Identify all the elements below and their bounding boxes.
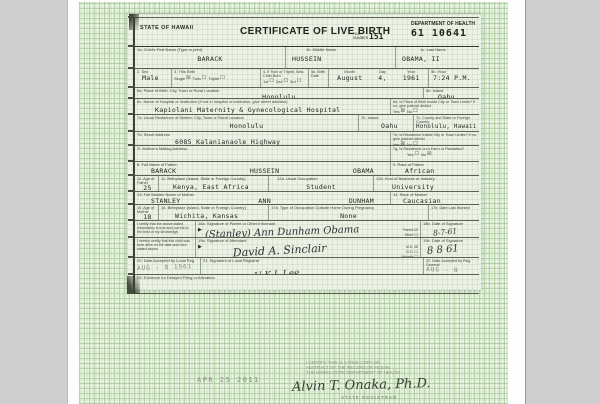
row-parent-signature: I certify that the above stated informat… (135, 220, 479, 237)
field-5a-birth-date-label: 5a. Birth Date (308, 69, 328, 87)
reg-general-date-stamp: AUG - 8 1961 (426, 266, 479, 274)
signature-arrow-icon: ▶ (198, 227, 202, 237)
row-mailing-address: 7f. Mother's Mailing Address 7g. Is Resi… (135, 145, 479, 161)
field-5b-hour: 5b. Hour 7:24 P.M. (428, 69, 479, 87)
field-16-mother-birthplace: 16. Birthplace (Island, State or Foreign… (158, 205, 268, 220)
row-place-of-birth: 6a. Place of Birth: City, Town or Rural … (135, 87, 479, 98)
department-name: DEPARTMENT OF HEALTH (411, 21, 475, 27)
file-number: FILE NUMBER 151 (353, 32, 383, 41)
certificate-form: STATE OF HAWAII CERTIFICATE OF LIVE BIRT… (133, 17, 479, 294)
field-1b-middle-name: 1b. Middle Name HUSSEIN (285, 47, 395, 68)
form-header: STATE OF HAWAII CERTIFICATE OF LIVE BIRT… (135, 18, 479, 46)
field-12b-business: 12b. Kind of Business or Industry Univer… (373, 176, 479, 191)
certificate-number: 61 10641 (411, 28, 467, 39)
row-father: 8. Full Name of Father BARACK HUSSEIN OB… (135, 161, 479, 175)
birth-year: Year 1961 (394, 69, 428, 87)
date-received-stamp: APR 25 2011 (197, 376, 260, 384)
informant-type-checkboxes: Parent☑ Other☐ (403, 227, 418, 237)
field-2-sex: 2. Sex Male (135, 69, 171, 87)
field-7f-mailing-address: 7f. Mother's Mailing Address (135, 146, 390, 161)
field-12a-occupation: 12a. Usual Occupation Student (268, 176, 373, 191)
checkbox-triplet: ☐ (220, 76, 224, 81)
field-22-reg-general-date: 22. Date Accepted by Reg. General AUG - … (423, 258, 479, 274)
attendant-type-checkboxes: M.D.☒ D.O.☐ Midwife☐ Other☐ (402, 244, 418, 257)
row-hospital: 6c. Name of Hospital or Institution (If … (135, 98, 479, 114)
field-7a-residence: 7a. Usual Residence of Mother: City, Tow… (135, 115, 358, 131)
field-14-mother-race: 14. Race of Mother Caucasian (390, 192, 479, 204)
checkbox-1st: ☐ (269, 79, 273, 84)
checkbox-3rd: ☐ (297, 79, 301, 84)
checkbox-md: ☒ (414, 244, 418, 249)
row-street-address: 7d. Street Address 6085 Kalanianaole Hig… (135, 131, 479, 145)
row-mother: 13. Full Maiden Name of Mother STANLEY A… (135, 191, 479, 204)
row-attendant-signature: I hereby certify that this child was bor… (135, 237, 479, 257)
field-5a-birth-date: Month August Day 4, Year 1961 (328, 69, 428, 87)
field-11-father-birthplace: 11. Birthplace (Island, State or Foreign… (158, 176, 268, 191)
checkbox-parent: ☑ (414, 227, 418, 232)
field-7g-farm: 7g. Is Residence on a Farm or Plantation… (390, 146, 479, 161)
row-mother-details: 15. Age of Mother 18 16. Birthplace (Isl… (135, 204, 479, 220)
row-father-details: 10. Age of Father 25 11. Birthplace (Isl… (135, 175, 479, 191)
field-7b-island: 7b. Island Oahu (358, 115, 413, 131)
field-7c-county: 7c. County and State or Foreign Country … (413, 115, 479, 131)
field-21-local-registrar-signature: 21. Signature of Local Registrar ▶ U K L… (200, 258, 423, 274)
field-6b-island: 6b. Island Oahu (423, 88, 479, 98)
field-9-father-race: 9. Race of Father African (390, 162, 479, 175)
parent-certify-statement: I certify that the above stated informat… (135, 221, 195, 237)
checkbox-single: ☒ (186, 76, 190, 81)
birth-day: Day 4, (371, 69, 395, 87)
checkbox-do: ☐ (414, 249, 418, 254)
field-1c-last-name: 1c. Last Name OBAMA, II (395, 47, 479, 68)
certificate-scan: STATE OF HAWAII CERTIFICATE OF LIVE BIRT… (127, 14, 481, 290)
birth-month: Month August (329, 69, 371, 87)
signature-arrow-icon: ▶ (198, 244, 202, 257)
file-number-value: 151 (369, 32, 383, 41)
field-20-local-reg-date: 20. Date Accepted by Local Reg. AUG - 8 … (135, 258, 200, 274)
state-registrar-title: STATE REGISTRAR (341, 395, 397, 400)
field-18b-date: 18b. Date of Signature 8-7-61 (420, 221, 479, 237)
field-10-father-age: 10. Age of Father 25 (135, 176, 158, 191)
birth-certificate-screenshot: STATE OF HAWAII CERTIFICATE OF LIVE BIRT… (0, 0, 600, 404)
field-4-twin-order: 4. If Twin or Triplet, Was Child Born 1s… (260, 69, 308, 87)
checkbox-7g-no: ☒ (427, 152, 431, 157)
field-13-mother-name: 13. Full Maiden Name of Mother STANLEY A… (135, 192, 390, 204)
field-7d-street-address: 7d. Street Address 6085 Kalanianaole Hig… (135, 132, 390, 145)
row-child-name: 1a. Child's First Name (Type or print) B… (135, 46, 479, 68)
checkbox-2nd: ☐ (284, 79, 288, 84)
field-19a-attendant-signature: 19a. Signature of Attendant ▶ David A. S… (195, 238, 420, 257)
attendant-signature-date: 8 8 61 (423, 241, 478, 257)
field-19b-date: 19b. Date of Signature 8 8 61 (420, 238, 479, 257)
field-18a-parent-signature: 18a. Signature of Parent or Other Inform… (195, 221, 420, 237)
field-6d-city-limits: 6d. Is Place of Birth Inside City or Tow… (390, 99, 479, 114)
field-1a-first-name: 1a. Child's First Name (Type or print) B… (135, 47, 285, 68)
row-residence: 7a. Usual Residence of Mother: City, Tow… (135, 114, 479, 131)
row-evidence: 23. Evidence for Delayed Filing or Alter… (135, 274, 479, 293)
field-6c-hospital: 6c. Name of Hospital or Institution (If … (135, 99, 390, 114)
field-23-evidence: 23. Evidence for Delayed Filing or Alter… (135, 275, 479, 293)
file-number-label: FILE NUMBER (353, 33, 369, 41)
checkbox-7g-yes: ☐ (415, 152, 419, 157)
attendant-certify-statement: I hereby certify that this child was bor… (135, 238, 195, 257)
field-17b-date-last-worked: 17b. Date Last Worked (428, 205, 479, 220)
field-8-father-name: 8. Full Name of Father BARACK HUSSEIN OB… (135, 162, 390, 175)
state-name: STATE OF HAWAII (140, 25, 193, 31)
checkbox-twin: ☐ (202, 76, 206, 81)
row-birth-details: 2. Sex Male 3. This Birth Single☒ Twin☐ … (135, 68, 479, 87)
certification-statement: I CERTIFY THIS IS A TRUE COPY OR ABSTRAC… (306, 360, 400, 375)
local-reg-date-stamp: AUG - 8 1961 (137, 263, 198, 272)
field-6a-place-of-birth: 6a. Place of Birth: City, Town or Rural … (135, 88, 423, 98)
field-7e-city-limits: 7e. Is Residence Inside City or Town Lim… (390, 132, 479, 145)
field-3-this-birth: 3. This Birth Single☒ Twin☐ Triplet☐ (171, 69, 260, 87)
field-15-mother-age: 15. Age of Mother 18 (135, 205, 158, 220)
field-17a-occupation-pregnancy: 17a. Type of Occupation Outside Home Dur… (268, 205, 428, 220)
row-registrar: 20. Date Accepted by Local Reg. AUG - 8 … (135, 257, 479, 274)
